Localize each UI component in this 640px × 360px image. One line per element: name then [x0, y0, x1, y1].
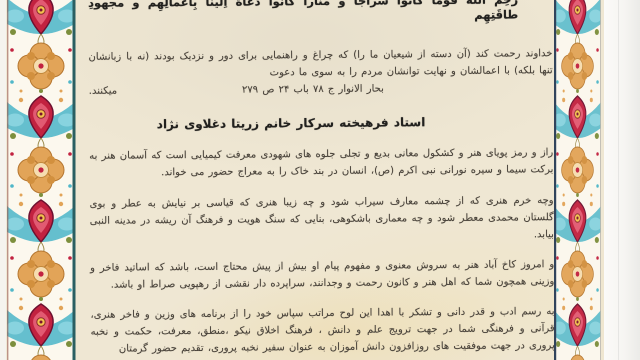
translation-paragraph: خداوند رحمت کند (آن دسته از شیعیان ما را… [88, 45, 552, 83]
recipient-title: استاد فرهیخته سرکار خانم زریتا دغلاوی نژ… [59, 113, 523, 133]
scan-white-margin [604, 0, 640, 360]
paper-crease-line [618, 0, 619, 360]
body-paragraph: به رسم ادب و قدر دانی و تشکر با اهدا این… [90, 303, 554, 358]
translation-end-word: میکنند. [89, 83, 117, 100]
ornamental-border-left [7, 0, 76, 360]
ornamental-border-right [554, 0, 601, 360]
body-paragraph: وچه خرم هنری که از چشمه معارف سیراب شود … [90, 192, 554, 247]
citation: بحار الانوار ج ۷۸ باب ۲۴ ص ۲۷۹ [242, 81, 384, 99]
body-paragraph: راز و رمز پویای هنر و کشکول معانی بدیع و… [89, 144, 553, 182]
hadith-line: رحِم الله قوما کانوا سراجاً و مناراً کان… [88, 0, 552, 26]
certificate-text: رحِم الله قوما کانوا سراجاً و مناراً کان… [88, 0, 555, 358]
citation-line: میکنند. بحار الانوار ج ۷۸ باب ۲۴ ص ۲۷۹ [89, 79, 553, 100]
body-paragraph: و امروز کاخ آباد هنر به سروش معنوی و مفه… [90, 256, 554, 294]
scanned-certificate-photo: رحِم الله قوما کانوا سراجاً و مناراً کان… [0, 0, 640, 360]
